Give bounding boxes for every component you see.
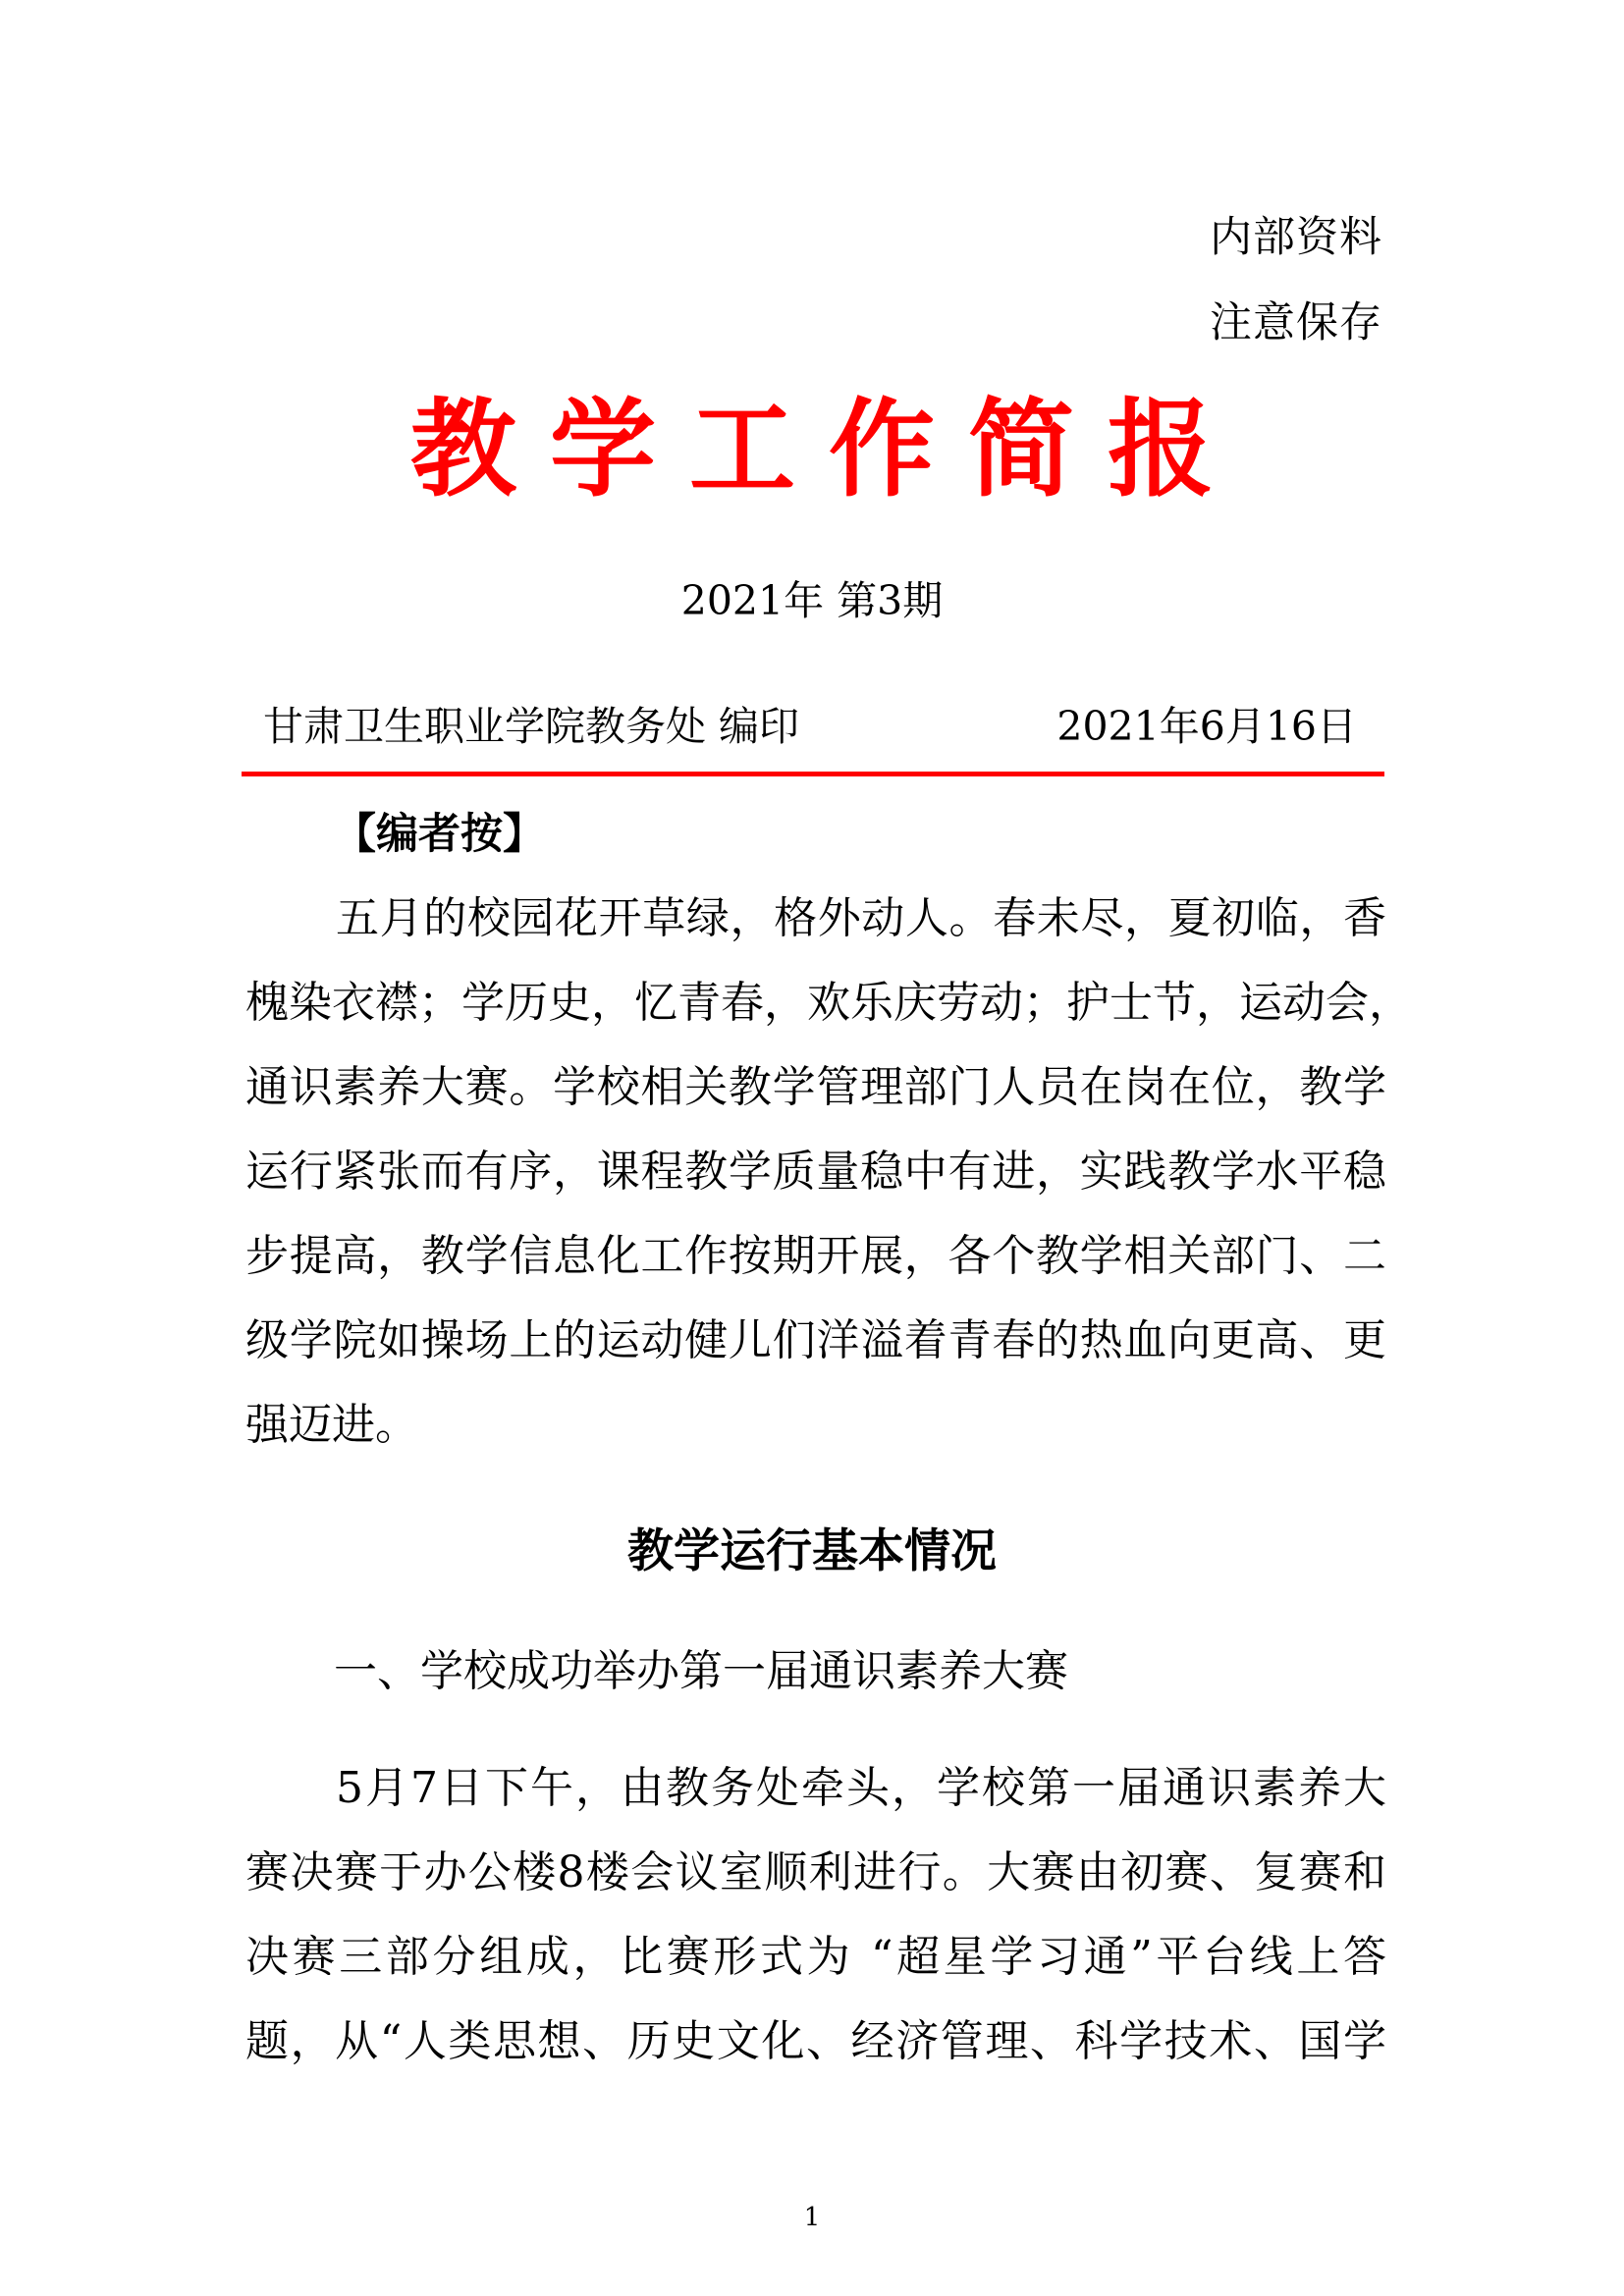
paragraph-line: 赛决赛于办公楼8楼会议室顺利进行。大赛由初赛、复赛和: [245, 1847, 1386, 1898]
paragraph-line: 运行紧张而有序，课程教学质量稳中有进，实践教学水平稳: [245, 1147, 1386, 1198]
paragraph-line: 决赛三部分组成，比赛形式为 “超星学习通”平台线上答: [245, 1932, 1386, 1983]
editor-row: 甘肃卫生职业学院教务处 编印 2021年6月16日: [263, 703, 1357, 750]
paragraph-line: 槐染衣襟；学历史，忆青春，欢乐庆劳动；护士节，运动会，: [245, 978, 1386, 1029]
confidential-label: 内部资料: [1210, 214, 1382, 261]
paragraph-line: 通识素养大赛。学校相关教学管理部门人员在岗在位，教学: [245, 1062, 1386, 1113]
editor-name: 甘肃卫生职业学院教务处 编印: [263, 703, 799, 750]
section-title: 教学运行基本情况: [0, 1523, 1624, 1580]
page-number: 1: [0, 2203, 1624, 2232]
paragraph-line: 步提高，教学信息化工作按期开展，各个教学相关部门、二: [245, 1231, 1386, 1282]
section-subheading: 一、学校成功举办第一届通识素养大赛: [334, 1645, 1068, 1698]
editor-note-label: 【编者按】: [334, 809, 545, 860]
paragraph-line: 题，从“人类思想、历史文化、经济管理、科学技术、国学: [245, 2016, 1386, 2067]
masthead-title: 教学工作简报: [0, 391, 1624, 508]
red-divider: [242, 772, 1384, 776]
preserve-label: 注意保存: [1210, 299, 1382, 347]
paragraph-line: 五月的校园花开草绿，格外动人。春未尽，夏初临，香: [336, 893, 1386, 944]
paragraph-line: 强迈进。: [245, 1400, 1386, 1451]
publish-date: 2021年6月16日: [1056, 703, 1357, 750]
paragraph-line: 级学院如操场上的运动健儿们洋溢着青春的热血向更高、更: [245, 1315, 1386, 1366]
issue-number: 2021年 第3期: [0, 577, 1624, 624]
paragraph-line: 5月7日下午，由教务处牵头，学校第一届通识素养大: [336, 1763, 1386, 1814]
